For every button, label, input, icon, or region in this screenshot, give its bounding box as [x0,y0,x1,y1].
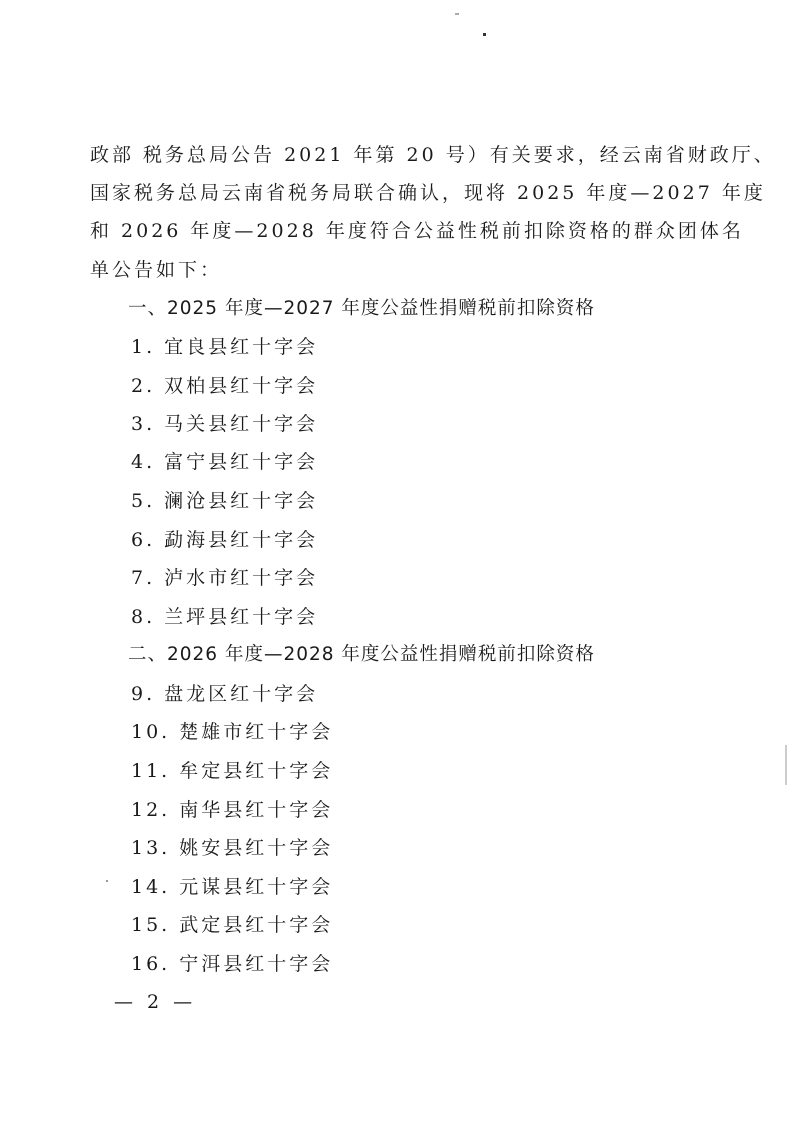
list-item: 2. 双柏县红十字会 [131,374,318,398]
scan-speck [455,13,459,15]
list-item: 16. 宁洱县红十字会 [131,952,333,976]
section-heading: 一、2025 年度—2027 年度公益性捐赠税前扣除资格 [128,297,595,321]
list-item: 15. 武定县红十字会 [131,913,333,937]
scan-edge-mark [785,745,787,785]
intro-line: 单公告如下： [90,258,222,282]
list-item: 9. 盘龙区红十字会 [131,682,318,706]
page-number: — 2 — [114,990,196,1014]
list-item: 13. 姚安县红十字会 [131,836,333,860]
intro-line: 和 2026 年度—2028 年度符合公益性税前扣除资格的群众团体名 [90,219,744,243]
list-item: 12. 南华县红十字会 [131,798,333,822]
scan-speck [483,33,486,36]
document-page: 政部 税务总局公告 2021 年第 20 号）有关要求，经云南省财政厅、 国家税… [0,0,794,1123]
list-item: 3. 马关县红十字会 [131,412,318,436]
list-item: 4. 富宁县红十字会 [131,450,318,474]
list-item: 8. 兰坪县红十字会 [131,605,318,629]
list-item: 11. 牟定县红十字会 [131,759,333,783]
list-item: 10. 楚雄市红十字会 [131,720,333,744]
list-item: 1. 宜良县红十字会 [131,335,318,359]
list-item: 5. 澜沧县红十字会 [131,489,318,513]
intro-line: 国家税务总局云南省税务局联合确认，现将 2025 年度—2027 年度 [90,181,766,205]
list-item: 14. 元谋县红十字会 [131,875,333,899]
list-item: 6. 勐海县红十字会 [131,528,318,552]
scan-speck [106,880,108,882]
section-heading: 二、2026 年度—2028 年度公益性捐赠税前扣除资格 [128,643,595,667]
intro-line: 政部 税务总局公告 2021 年第 20 号）有关要求，经云南省财政厅、 [90,143,776,167]
list-item: 7. 泸水市红十字会 [131,566,318,590]
